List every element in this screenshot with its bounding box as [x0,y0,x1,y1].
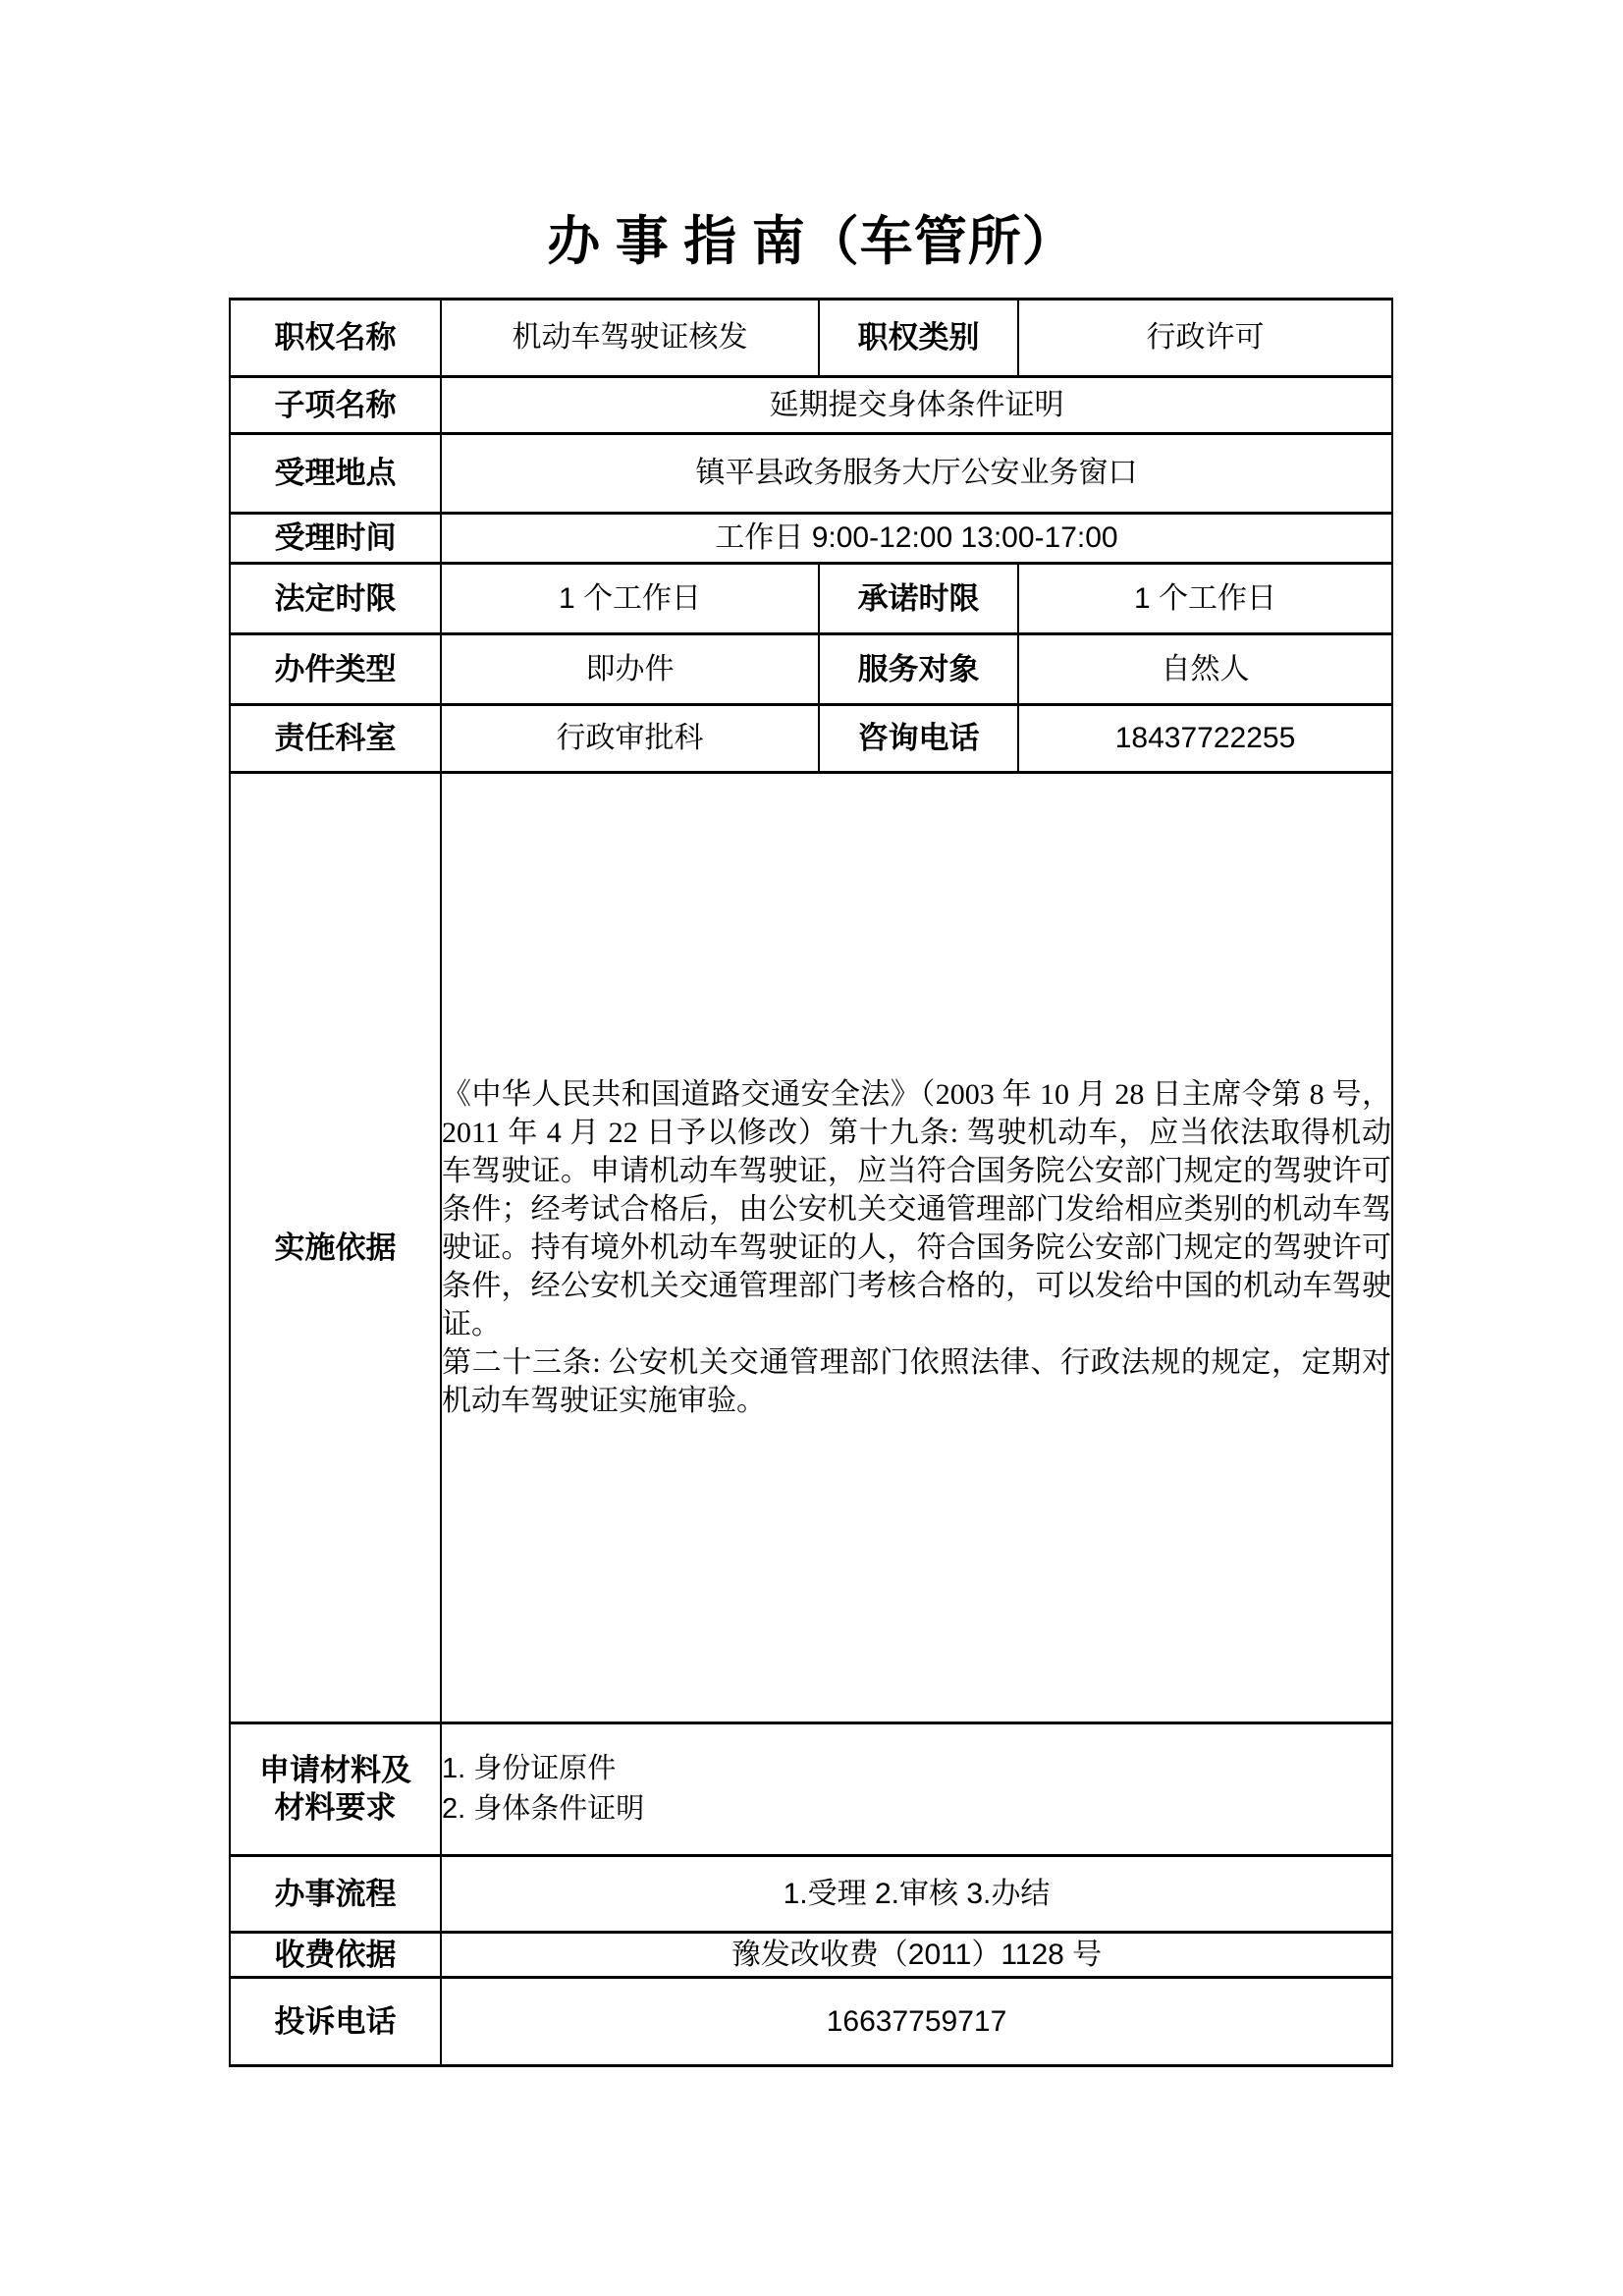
row-responsible-dept: 责任科室 行政审批科 咨询电话 18437722255 [230,705,1392,773]
row-sub-item: 子项名称 延期提交身体条件证明 [230,377,1392,434]
row-application-materials: 申请材料及 材料要求 1. 身份证原件 2. 身体条件证明 [230,1723,1392,1856]
authority-type-label: 职权类别 [819,300,1018,377]
handle-type-value: 即办件 [441,634,819,705]
material-item-2: 2. 身体条件证明 [442,1789,1391,1830]
sub-item-value: 延期提交身体条件证明 [441,377,1392,434]
complaint-phone-label: 投诉电话 [230,1978,441,2066]
service-target-label: 服务对象 [819,634,1018,705]
page-title: 办 事 指 南（车管所） [0,199,1623,275]
basis-paragraph-1: 《中华人民共和国道路交通安全法》（2003 年 10 月 28 日主席令第 8 … [442,1075,1391,1343]
service-target-value: 自然人 [1018,634,1392,705]
row-accept-location: 受理地点 镇平县政务服务大厅公安业务窗口 [230,434,1392,514]
row-fee-basis: 收费依据 豫发改收费（2011）1128 号 [230,1933,1392,1978]
complaint-phone-value: 16637759717 [441,1978,1392,2066]
process-value: 1.受理 2.审核 3.办结 [441,1856,1392,1933]
document-page: 办 事 指 南（车管所） 职权名称 机动车驾驶证核发 职权类别 行政许可 子项名… [0,0,1623,2296]
process-label: 办事流程 [230,1856,441,1933]
row-accept-time: 受理时间 工作日 9:00-12:00 13:00-17:00 [230,514,1392,564]
accept-time-label: 受理时间 [230,514,441,564]
implementation-basis-text: 《中华人民共和国道路交通安全法》（2003 年 10 月 28 日主席令第 8 … [441,773,1392,1723]
sub-item-label: 子项名称 [230,377,441,434]
consult-phone-value: 18437722255 [1018,705,1392,773]
row-implementation-basis: 实施依据 《中华人民共和国道路交通安全法》（2003 年 10 月 28 日主席… [230,773,1392,1723]
promise-limit-label: 承诺时限 [819,564,1018,634]
row-time-limits: 法定时限 1 个工作日 承诺时限 1 个工作日 [230,564,1392,634]
row-handle-type: 办件类型 即办件 服务对象 自然人 [230,634,1392,705]
basis-paragraph-2: 第二十三条: 公安机关交通管理部门依照法律、行政法规的规定，定期对机动车驾驶证实… [442,1343,1391,1420]
handle-type-label: 办件类型 [230,634,441,705]
accept-time-value: 工作日 9:00-12:00 13:00-17:00 [441,514,1392,564]
responsible-dept-label: 责任科室 [230,705,441,773]
consult-phone-label: 咨询电话 [819,705,1018,773]
accept-location-label: 受理地点 [230,434,441,514]
fee-basis-value: 豫发改收费（2011）1128 号 [441,1933,1392,1978]
application-materials-value: 1. 身份证原件 2. 身体条件证明 [441,1723,1392,1856]
fee-basis-label: 收费依据 [230,1933,441,1978]
authority-name-label: 职权名称 [230,300,441,377]
implementation-basis-label: 实施依据 [230,773,441,1723]
material-item-1: 1. 身份证原件 [442,1749,1391,1789]
row-authority: 职权名称 机动车驾驶证核发 职权类别 行政许可 [230,300,1392,377]
promise-limit-value: 1 个工作日 [1018,564,1392,634]
authority-name-value: 机动车驾驶证核发 [441,300,819,377]
responsible-dept-value: 行政审批科 [441,705,819,773]
legal-limit-label: 法定时限 [230,564,441,634]
authority-type-value: 行政许可 [1018,300,1392,377]
row-process: 办事流程 1.受理 2.审核 3.办结 [230,1856,1392,1933]
application-materials-label: 申请材料及 材料要求 [230,1723,441,1856]
accept-location-value: 镇平县政务服务大厅公安业务窗口 [441,434,1392,514]
service-guide-table: 职权名称 机动车驾驶证核发 职权类别 行政许可 子项名称 延期提交身体条件证明 … [229,298,1393,2067]
row-complaint-phone: 投诉电话 16637759717 [230,1978,1392,2066]
legal-limit-value: 1 个工作日 [441,564,819,634]
